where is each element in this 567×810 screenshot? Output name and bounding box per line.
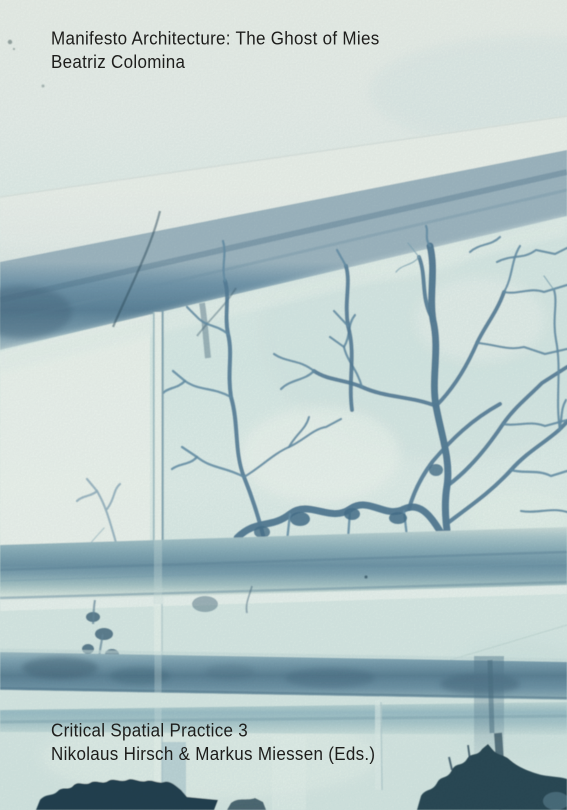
book-cover: Manifesto Architecture: The Ghost of Mie… (0, 0, 567, 810)
series-label: Critical Spatial Practice 3 (51, 719, 375, 743)
series-block: Critical Spatial Practice 3 Nikolaus Hir… (51, 719, 375, 767)
editors-label: Nikolaus Hirsch & Markus Miessen (Eds.) (51, 743, 375, 767)
title-block: Manifesto Architecture: The Ghost of Mie… (51, 27, 380, 75)
film-grain-overlay (0, 0, 567, 810)
cover-photo (0, 0, 567, 810)
cover-title: Manifesto Architecture: The Ghost of Mie… (51, 27, 380, 51)
cover-author: Beatriz Colomina (51, 51, 380, 75)
